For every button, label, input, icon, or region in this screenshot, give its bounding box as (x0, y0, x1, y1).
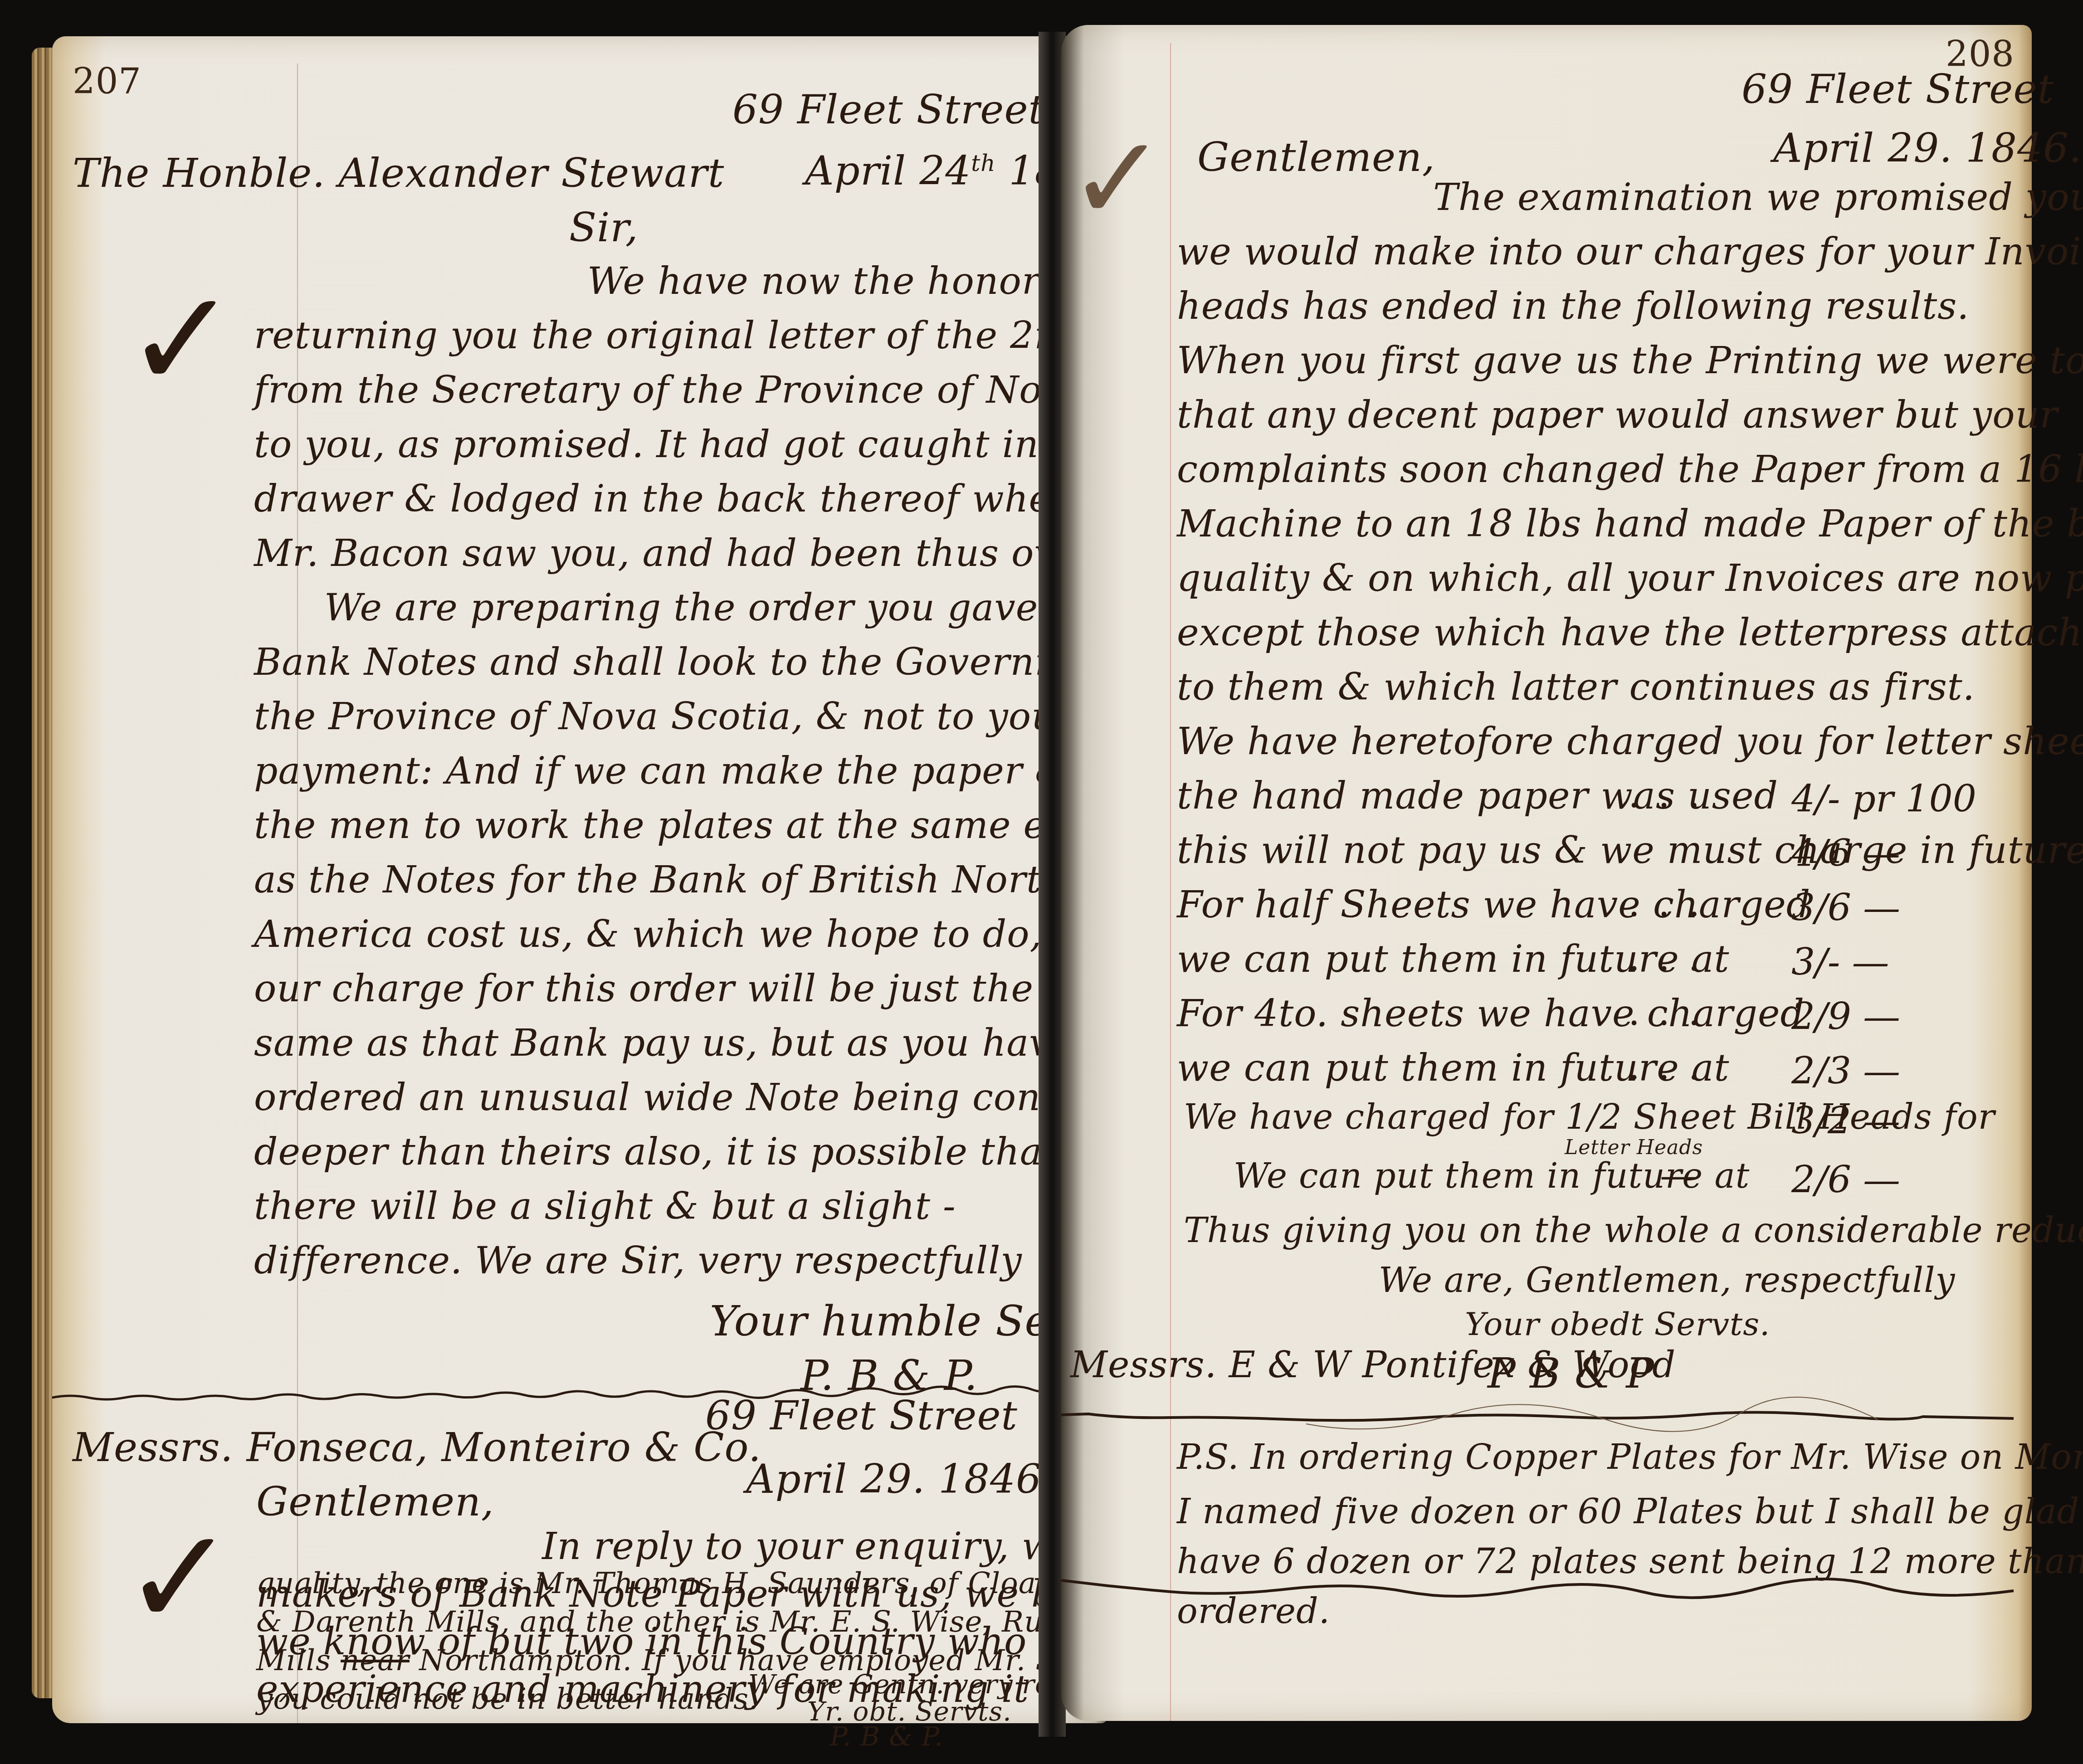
price-row-text: this will not pay us & we must charge in… (1177, 832, 2083, 869)
letterbook-spread: 207 69 Fleet Street April 24th 1846. The… (0, 0, 2083, 1764)
body-line: We have heretofore charged you for lette… (1177, 723, 2083, 760)
body-line: as the Notes for the Bank of British Nor… (254, 862, 1092, 899)
body-line: the Province of Nova Scotia, & not to yo… (254, 698, 1149, 736)
body-line: we would make into our charges for your … (1177, 234, 2083, 271)
check-mark-icon: ✓ (122, 1510, 236, 1646)
postscript-line: have 6 dozen or 72 plates sent being 12 … (1177, 1544, 2083, 1579)
closing-line: We are, Gentlemen, respectfully (1379, 1263, 1955, 1297)
body-line: quality & on which, all your Invoices ar… (1177, 560, 2083, 597)
letter-salutation: Gentlemen, (1197, 134, 1435, 180)
right-page: 208 69 Fleet Street April 29. 1846. Gent… (1061, 25, 2032, 1721)
body-line: Machine to an 18 lbs hand made Paper of … (1177, 506, 2083, 543)
letter-signature: P B & P (1488, 1349, 1654, 1398)
body-line: complaints soon changed the Paper from a… (1177, 451, 2083, 488)
closing-line: Thus giving you on the whole a considera… (1184, 1213, 2083, 1247)
leader-dots: ... (1628, 773, 1718, 816)
body-line: America cost us, & which we hope to do, … (254, 916, 1141, 953)
body-line: you could not be in better hands. (256, 1685, 759, 1714)
body-line: We have now the honor of (587, 263, 1089, 300)
price-value: 2/9 — (1791, 995, 1900, 1038)
price-value: 2/6 — (1791, 1159, 1900, 1202)
left-page: 207 69 Fleet Street April 24th 1846. The… (52, 36, 1107, 1723)
price-value: 3/6 — (1791, 887, 1900, 930)
letter1-salutation: Sir, (569, 204, 639, 251)
leader-dots: ... (1628, 1045, 1718, 1088)
leader-dots: ... (1628, 936, 1718, 979)
page-number: 207 (73, 61, 141, 102)
body-line: drawer & lodged in the back thereof when… (254, 481, 1153, 518)
body-line: quality, the one is Mr. Thomas H. Saunde… (256, 1569, 1127, 1598)
price-value: 3/2 — (1791, 1100, 1900, 1143)
closing-line: Your obedt Servts. (1465, 1308, 1770, 1340)
struck-word: near (341, 1644, 410, 1677)
body-line: our charge for this order will be just t… (254, 970, 1034, 1008)
body-line: except those which have the letterpress … (1177, 614, 2083, 652)
body-line: When you first gave us the Printing we w… (1177, 342, 2083, 380)
letter-divider-wavy (52, 1388, 1091, 1391)
body-line: that any decent paper would answer but y… (1177, 397, 2058, 434)
postscript-line: ordered. (1177, 1594, 1330, 1628)
letter-divider-wavy (1061, 1410, 2027, 1414)
letter2-signature: P. B & P. (830, 1721, 943, 1752)
letter2-date: April 29. 1846. (746, 1456, 1055, 1502)
letter1-recipient: The Honble. Alexander Stewart (73, 150, 724, 196)
margin-rule (1170, 43, 1171, 1721)
body-line: difference. We are Sir, very respectfull… (254, 1243, 1022, 1280)
price-value: 2/3 — (1791, 1050, 1900, 1093)
price-value: 3/- — (1791, 941, 1889, 984)
body-line: to you, as promised. It had got caught i… (254, 426, 1113, 463)
body-line: We are preparing the order you gave us f… (324, 590, 1162, 627)
body-line: heads has ended in the following results… (1177, 288, 1969, 325)
body-line: there will be a slight & but a slight - (254, 1188, 956, 1225)
price-value: 4/6 — (1791, 832, 1900, 875)
body-line: & Darenth Mills, and the other is Mr. E.… (256, 1608, 1078, 1637)
leader-dots: ... (1628, 991, 1718, 1034)
postscript-line: P.S. In ordering Copper Plates for Mr. W… (1177, 1440, 2083, 1474)
letter-date: April 29. 1846. (1773, 125, 2082, 171)
letter2-address: 69 Fleet Street (705, 1392, 1018, 1439)
leader-dash: — (1660, 1154, 1715, 1197)
body-line: The examination we promised you (1433, 179, 2083, 216)
body-line: to them & which latter continues as firs… (1177, 669, 1975, 706)
letter2-salutation: Gentlemen, (256, 1478, 494, 1525)
check-mark-icon: ✓ (125, 272, 239, 408)
price-value: 4/- pr 100 (1791, 778, 1976, 821)
check-mark-icon: ✓ (1068, 120, 1167, 238)
letter2-recipient: Messrs. Fonseca, Monteiro & Co. (73, 1424, 761, 1471)
body-line: deeper than theirs also, it is possible … (254, 1134, 1058, 1171)
letter1-address: 69 Fleet Street (732, 86, 1045, 133)
postscript-line: I named five dozen or 60 Plates but I sh… (1177, 1494, 2083, 1529)
body-line: same as that Bank pay us, but as you hav… (254, 1025, 1073, 1062)
leader-dots: ... (1628, 882, 1718, 925)
letter-address: 69 Fleet Street (1742, 66, 2054, 112)
page-end-divider-wavy (1061, 1578, 2027, 1582)
